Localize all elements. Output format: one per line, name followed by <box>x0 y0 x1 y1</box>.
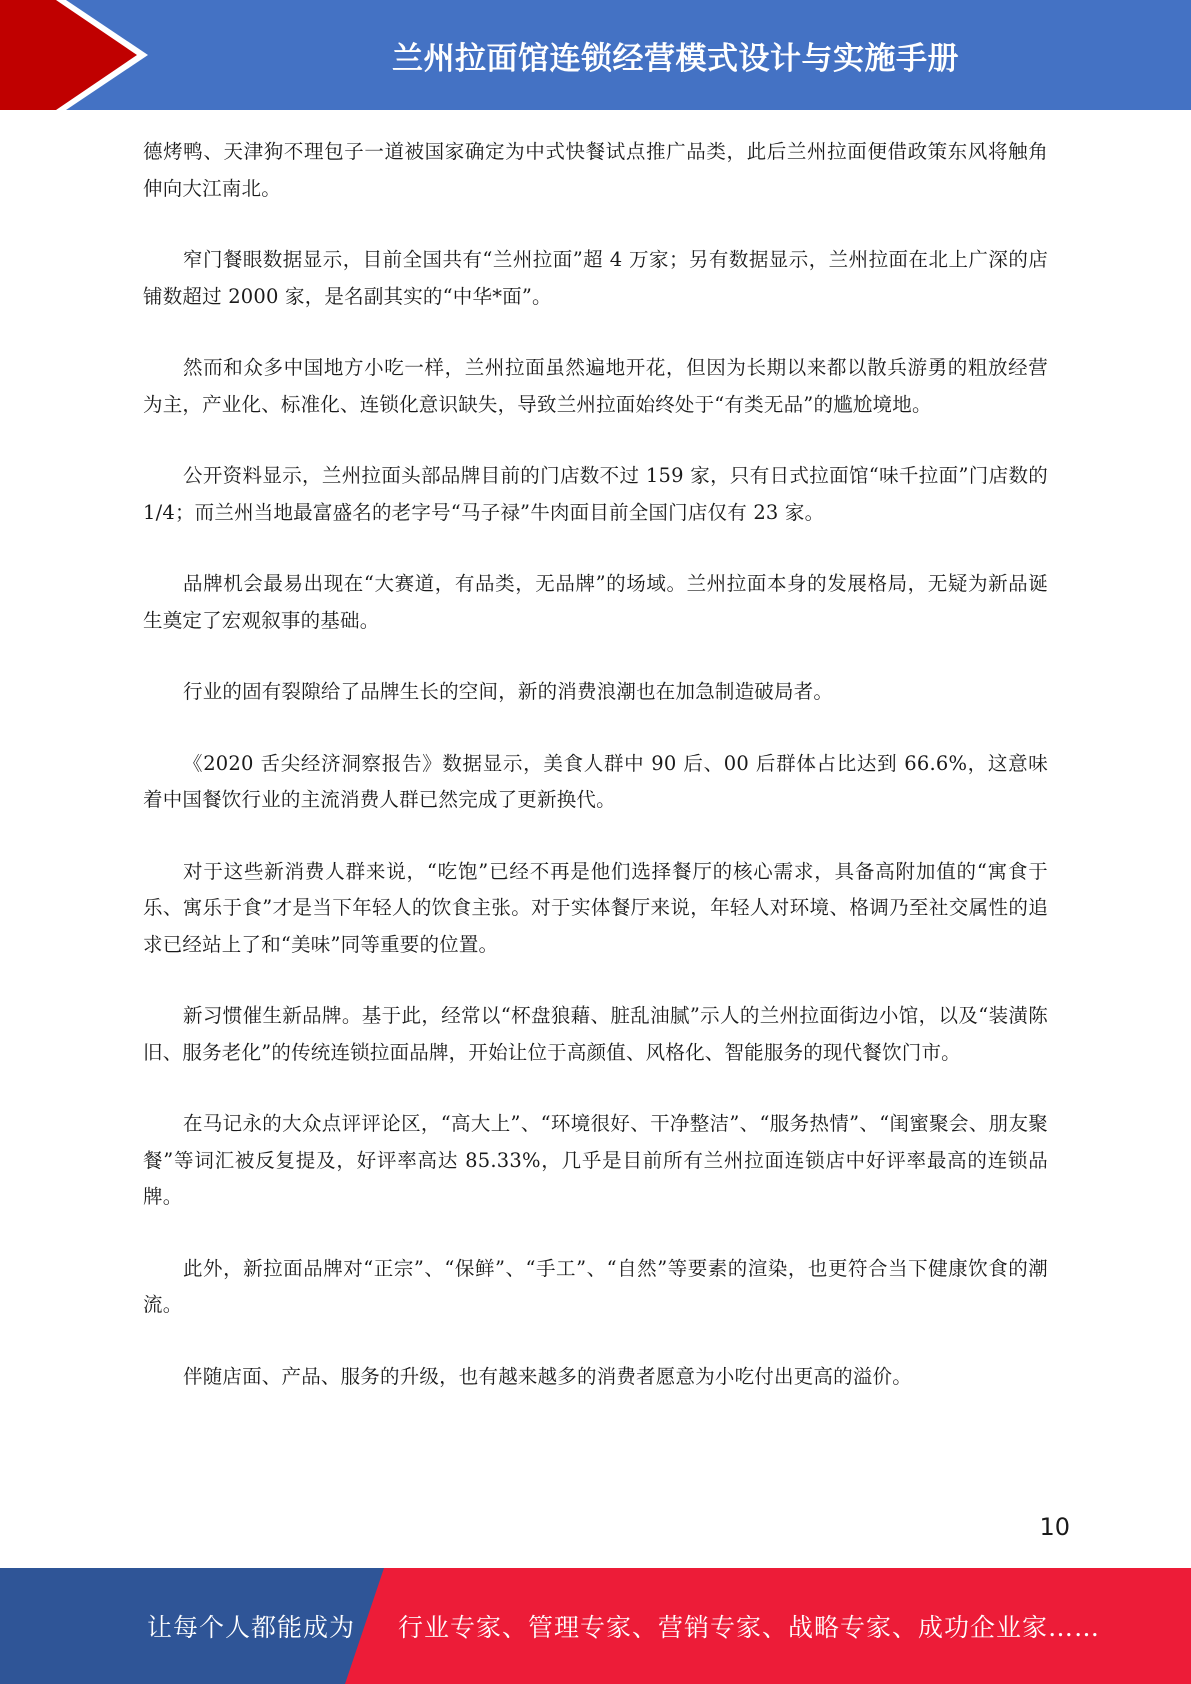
paragraph: 伴随店面、产品、服务的升级，也有越来越多的消费者愿意为小吃付出更高的溢价。 <box>143 1359 1048 1396</box>
page-header: 兰州拉面馆连锁经营模式设计与实施手册 <box>0 0 1191 110</box>
paragraph: 此外，新拉面品牌对“正宗”、“保鲜”、“手工”、“自然”等要素的渲染，也更符合当… <box>143 1251 1048 1324</box>
paragraph: 对于这些新消费人群来说，“吃饱”已经不再是他们选择餐厅的核心需求，具备高附加值的… <box>143 854 1048 964</box>
paragraph: 品牌机会最易出现在“大赛道，有品类，无品牌”的场域。兰州拉面本身的发展格局，无疑… <box>143 566 1048 639</box>
page-footer: 让每个人都能成为 行业专家、管理专家、营销专家、战略专家、成功企业家…… <box>0 1568 1191 1684</box>
document-title: 兰州拉面馆连锁经营模式设计与实施手册 <box>200 0 1191 110</box>
paragraph: 新习惯催生新品牌。基于此，经常以“杯盘狼藉、脏乱油腻”示人的兰州拉面街边小馆，以… <box>143 998 1048 1071</box>
paragraph: 《2020 舌尖经济洞察报告》数据显示，美食人群中 90 后、00 后群体占比达… <box>143 746 1048 819</box>
paragraph: 公开资料显示，兰州拉面头部品牌目前的门店数不过 159 家，只有日式拉面馆“味千… <box>143 458 1048 531</box>
paragraph: 然而和众多中国地方小吃一样，兰州拉面虽然遍地开花，但因为长期以来都以散兵游勇的粗… <box>143 350 1048 423</box>
page-number: 10 <box>1010 1513 1070 1541</box>
paragraph: 在马记永的大众点评评论区，“高大上”、“环境很好、干净整洁”、“服务热情”、“闺… <box>143 1106 1048 1216</box>
paragraph: 行业的固有裂隙给了品牌生长的空间，新的消费浪潮也在加急制造破局者。 <box>143 674 1048 711</box>
paragraph: 窄门餐眼数据显示，目前全国共有“兰州拉面”超 4 万家；另有数据显示，兰州拉面在… <box>143 242 1048 315</box>
footer-slogan-left: 让每个人都能成为 <box>0 1568 355 1684</box>
chevron-arrow-icon <box>0 0 160 110</box>
footer-slogan-right: 行业专家、管理专家、营销专家、战略专家、成功企业家…… <box>398 1568 1191 1684</box>
paragraph: 德烤鸭、天津狗不理包子一道被国家确定为中式快餐试点推广品类，此后兰州拉面便借政策… <box>143 134 1048 207</box>
body-content: 德烤鸭、天津狗不理包子一道被国家确定为中式快餐试点推广品类，此后兰州拉面便借政策… <box>143 134 1048 1430</box>
